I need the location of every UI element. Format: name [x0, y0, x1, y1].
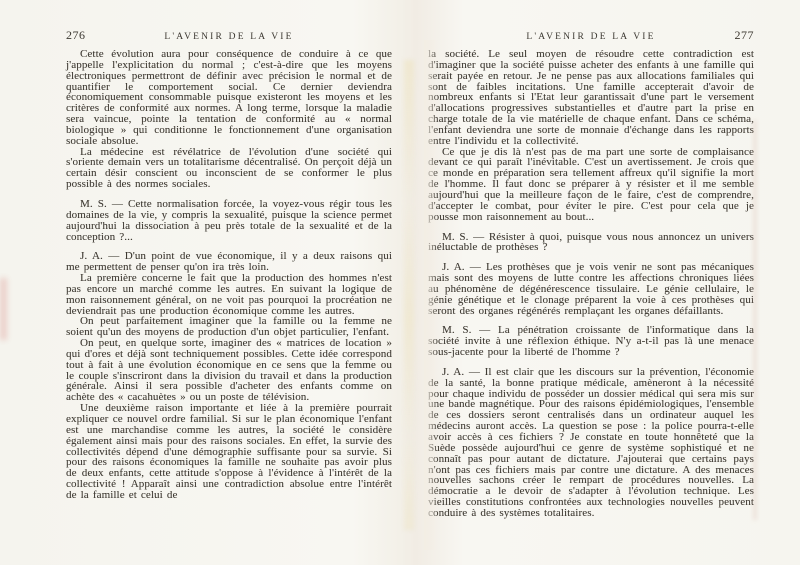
page-body-right: la société. Le seul moyen de résoudre ce…: [428, 49, 754, 519]
page-body-left: Cette évolution aura pour conséquence de…: [66, 49, 392, 501]
scan-artifact-left-edge: [0, 278, 7, 340]
page-number-right: 277: [708, 28, 754, 43]
paragraph: M. S. — Résister à quoi, puisque vous no…: [428, 232, 754, 254]
paragraph: La médecine est révélatrice de l'évoluti…: [66, 147, 392, 190]
paragraph: Une deuxième raison importante et liée à…: [66, 403, 392, 501]
paragraph: J. A. — Les prothèses que je vois venir …: [428, 262, 754, 316]
paragraph: M. S. — Cette normalisation forcée, la v…: [66, 199, 392, 242]
page-number-left: 276: [66, 28, 112, 43]
paragraph: J. A. — D'un point de vue économique, il…: [66, 251, 392, 273]
running-title-left: L'AVENIR DE LA VIE: [112, 32, 346, 42]
paragraph: On peut, en quelque sorte, imaginer des …: [66, 338, 392, 403]
paragraph: M. S. — La pénétration croissante de l'i…: [428, 325, 754, 358]
paragraph: On peut parfaitement imaginer que la fam…: [66, 316, 392, 338]
page-right: L'AVENIR DE LA VIE 277 la société. Le se…: [428, 0, 754, 519]
paragraph: la société. Le seul moyen de résoudre ce…: [428, 49, 754, 147]
paragraph: J. A. — Il est clair que les discours su…: [428, 367, 754, 519]
page-left: 276 L'AVENIR DE LA VIE Cette évolution a…: [66, 0, 392, 501]
paragraph: La première concerne le fait que la prod…: [66, 273, 392, 316]
paragraph: Ce que je dis là n'est pas de ma part un…: [428, 147, 754, 223]
paragraph: Cette évolution aura pour conséquence de…: [66, 49, 392, 147]
running-title-right: L'AVENIR DE LA VIE: [474, 32, 708, 42]
scan-gutter-smudge: [404, 60, 414, 530]
page-header-left: 276 L'AVENIR DE LA VIE: [66, 28, 392, 42]
page-header-right: L'AVENIR DE LA VIE 277: [428, 28, 754, 42]
book-spread: 276 L'AVENIR DE LA VIE Cette évolution a…: [0, 0, 800, 565]
